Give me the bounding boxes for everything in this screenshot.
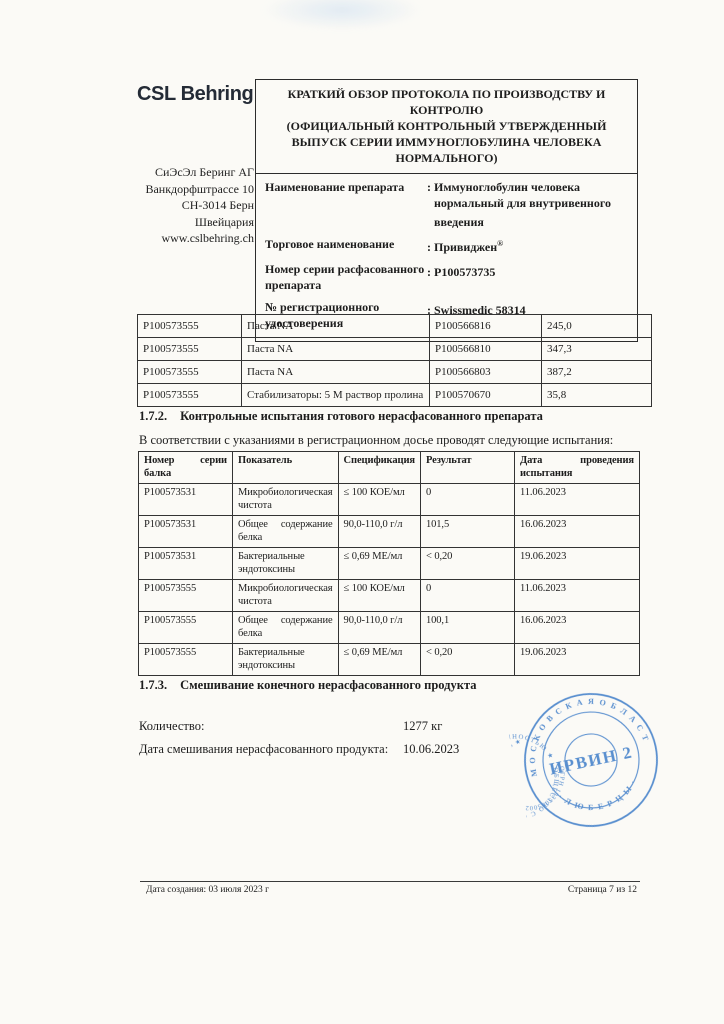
section-title: Контрольные испытания готового нерасфасо…: [180, 409, 543, 423]
materials-row: P100573555 Паста NA P100566803 387,2: [138, 361, 652, 384]
cell-test-date: 19.06.2023: [514, 644, 639, 676]
registered-trademark-symbol: ®: [497, 239, 503, 248]
cell-result: 101,5: [420, 516, 514, 548]
cell-batch: P100573531: [139, 516, 233, 548]
tests-row: P100573531 Общеесодержание белка 90,0-11…: [139, 516, 640, 548]
info-value: : Привиджен®: [425, 236, 628, 255]
cell-specification: 90,0-110,0 г/л: [338, 612, 420, 644]
company-address-block: СиЭсЭл Беринг АГ Ванкдорфштрассе 10 CH-3…: [58, 164, 254, 247]
quantity-label: Количество:: [139, 719, 204, 734]
cell-amount: 245,0: [542, 315, 652, 338]
col-header-batch: Номерсерии балка: [139, 452, 233, 484]
cell-test-date: 16.06.2023: [514, 516, 639, 548]
mixing-date-value: 10.06.2023: [403, 742, 459, 757]
cell-result: < 0,20: [420, 548, 514, 580]
materials-row: P100573555 Стабилизаторы: 5 М раствор пр…: [138, 384, 652, 407]
cell-test-date: 11.06.2023: [514, 484, 639, 516]
section-1-7-2-heading: 1.7.2.Контрольные испытания готового нер…: [139, 409, 543, 424]
cell-lot: P100566810: [430, 338, 542, 361]
cell-batch: P100573555: [139, 580, 233, 612]
footer-divider-line: [140, 881, 640, 882]
info-label: Наименование препарата: [265, 179, 425, 230]
tests-row: P100573531 Микробиологическая чистота ≤ …: [139, 484, 640, 516]
cell-parameter: Бактериальные эндотоксины: [233, 644, 339, 676]
cell-test-date: 16.06.2023: [514, 612, 639, 644]
company-website: www.cslbehring.ch: [58, 230, 254, 247]
title-line: (ОФИЦИАЛЬНЫЙ КОНТРОЛЬНЫЙ УТВЕРЖДЕННЫЙ: [266, 118, 627, 134]
cell-specification: ≤ 0,69 МЕ/мл: [338, 548, 420, 580]
address-line: Швейцария: [58, 214, 254, 231]
materials-row: P100573555 Паста NA P100566816 245,0: [138, 315, 652, 338]
cell-parameter: Микробиологическая чистота: [233, 484, 339, 516]
cell-test-date: 11.06.2023: [514, 580, 639, 612]
cell-lot: P100570670: [430, 384, 542, 407]
footer-creation-date: Дата создания: 03 июля 2023 г: [146, 885, 269, 895]
mixing-date-label: Дата смешивания нерасфасованного продукт…: [139, 742, 388, 757]
tests-row: P100573555 Микробиологическая чистота ≤ …: [139, 580, 640, 612]
cell-batch: P100573531: [139, 548, 233, 580]
title-line: КОНТРОЛЮ: [266, 102, 627, 118]
cell-batch: P100573555: [138, 315, 242, 338]
cell-batch: P100573531: [139, 484, 233, 516]
cell-parameter: Бактериальные эндотоксины: [233, 548, 339, 580]
tests-intro-text: В соответствии с указаниями в регистраци…: [139, 433, 613, 448]
cell-specification: ≤ 0,69 МЕ/мл: [338, 644, 420, 676]
stamp-texts: М О С К О В С К А Я О Б Л А С Т Ь · Л Ю …: [502, 671, 663, 836]
cell-result: 0: [420, 484, 514, 516]
cell-material: Стабилизаторы: 5 М раствор пролина: [242, 384, 430, 407]
cell-specification: 90,0-110,0 г/л: [338, 516, 420, 548]
section-1-7-3-heading: 1.7.3.Смешивание конечного нерасфасованн…: [139, 678, 477, 693]
cell-amount: 35,8: [542, 384, 652, 407]
company-round-stamp: М О С К О В С К А Я О Б Л А С Т Ь · Л Ю …: [502, 671, 680, 849]
tests-table: Номерсерии балка Показатель Спецификация…: [138, 451, 640, 676]
info-row-trade-name: Торговое наименование : Привиджен®: [265, 236, 628, 255]
cell-amount: 387,2: [542, 361, 652, 384]
cell-test-date: 19.06.2023: [514, 548, 639, 580]
info-value: : Иммуноглобулин человека нормальный для…: [425, 179, 628, 230]
cell-lot: P100566803: [430, 361, 542, 384]
materials-row: P100573555 Паста NA P100566810 347,3: [138, 338, 652, 361]
address-line: Ванкдорфштрассе 10: [58, 181, 254, 198]
cell-result: 100,1: [420, 612, 514, 644]
info-row-batch-number: Номер серии расфасованного препарата : P…: [265, 261, 628, 293]
cell-parameter: Микробиологическая чистота: [233, 580, 339, 612]
csl-behring-logo: CSL Behring: [137, 83, 253, 106]
tests-row: P100573531 Бактериальные эндотоксины ≤ 0…: [139, 548, 640, 580]
title-line: НОРМАЛЬНОГО): [266, 150, 627, 166]
cell-material: Паста NA: [242, 338, 430, 361]
materials-table: P100573555 Паста NA P100566816 245,0 P10…: [137, 314, 652, 407]
stamp-svg: М О С К О В С К А Я О Б Л А С Т Ь · Л Ю …: [502, 671, 680, 849]
info-value: : P100573735: [425, 261, 628, 293]
cell-specification: ≤ 100 КОЕ/мл: [338, 580, 420, 612]
title-line: КРАТКИЙ ОБЗОР ПРОТОКОЛА ПО ПРОИЗВОДСТВУ …: [266, 86, 627, 102]
section-number: 1.7.2.: [139, 409, 167, 423]
cell-batch: P100573555: [139, 612, 233, 644]
info-label: Торговое наименование: [265, 236, 425, 255]
quantity-value: 1277 кг: [403, 719, 442, 734]
cell-lot: P100566816: [430, 315, 542, 338]
address-line: СиЭсЭл Беринг АГ: [58, 164, 254, 181]
info-label: Номер серии расфасованного препарата: [265, 261, 425, 293]
protocol-header-box: КРАТКИЙ ОБЗОР ПРОТОКОЛА ПО ПРОИЗВОДСТВУ …: [255, 79, 638, 342]
cell-batch: P100573555: [138, 361, 242, 384]
cell-batch: P100573555: [138, 338, 242, 361]
address-line: CH-3014 Берн: [58, 197, 254, 214]
col-header-test-date: Датапроведения испытания: [514, 452, 639, 484]
cell-parameter: Общеесодержание белка: [233, 612, 339, 644]
tests-header-row: Номерсерии балка Показатель Спецификация…: [139, 452, 640, 484]
cell-result: 0: [420, 580, 514, 612]
cell-material: Паста NA: [242, 361, 430, 384]
title-line: ВЫПУСК СЕРИИ ИММУНОГЛОБУЛИНА ЧЕЛОВЕКА: [266, 134, 627, 150]
cell-result: < 0,20: [420, 644, 514, 676]
info-row-product-name: Наименование препарата : Иммуноглобулин …: [265, 179, 628, 230]
cell-batch: P100573555: [138, 384, 242, 407]
stamp-company-name: ИРВИН 2: [548, 742, 635, 778]
footer-page-number: Страница 7 из 12: [537, 885, 637, 895]
cell-material: Паста NA: [242, 315, 430, 338]
col-header-parameter: Показатель: [233, 452, 339, 484]
tests-row: P100573555 Бактериальные эндотоксины ≤ 0…: [139, 644, 640, 676]
scan-smudge-artifact: [262, 0, 422, 30]
tests-row: P100573555 Общеесодержание белка 90,0-11…: [139, 612, 640, 644]
protocol-title: КРАТКИЙ ОБЗОР ПРОТОКОЛА ПО ПРОИЗВОДСТВУ …: [256, 80, 637, 170]
col-header-result: Результат: [420, 452, 514, 484]
section-number: 1.7.3.: [139, 678, 167, 692]
col-header-specification: Спецификация: [338, 452, 420, 484]
cell-batch: P100573555: [139, 644, 233, 676]
cell-parameter: Общеесодержание белка: [233, 516, 339, 548]
section-title: Смешивание конечного нерасфасованного пр…: [180, 678, 476, 692]
cell-specification: ≤ 100 КОЕ/мл: [338, 484, 420, 516]
cell-amount: 347,3: [542, 338, 652, 361]
